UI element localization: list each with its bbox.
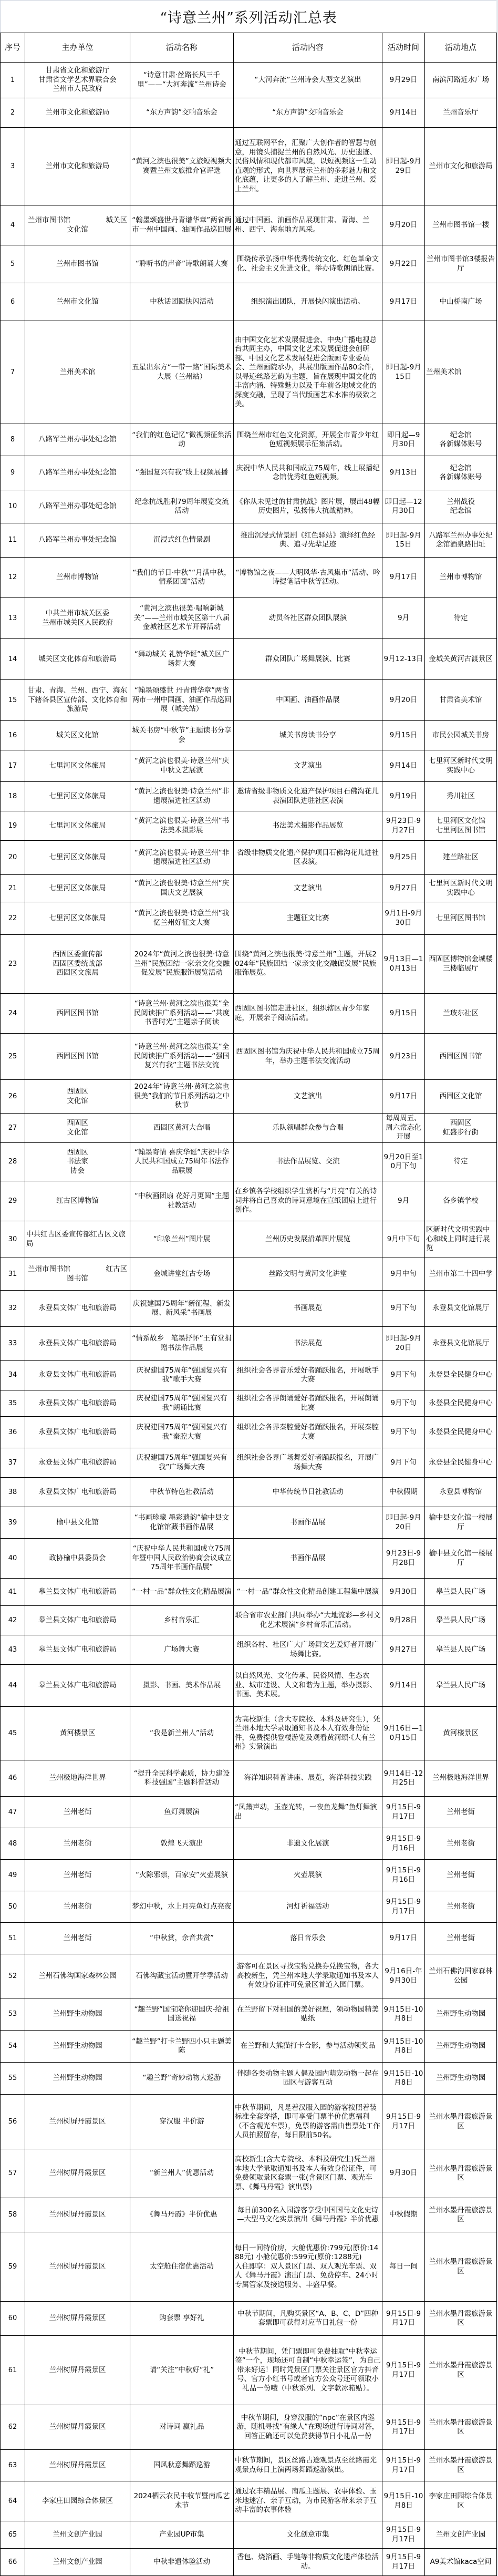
cell-activity-time: 9月中下旬	[382, 1221, 425, 1258]
cell-activity-place: 兰州水墨丹霞旅游景区	[425, 2149, 497, 2198]
cell-activity-content: 兰州历史发展沿革图片展览	[234, 1221, 382, 1258]
cell-activity-name: 中秋节特色社教活动	[130, 1478, 234, 1507]
table-row: 66兰州文创产业园中秋非遗体验活动香包、烧箔画、手链等非物质文化遗产体验活动。9…	[1, 2549, 497, 2576]
table-row: 41皋兰县文体广电和旅游局“一村一品”群众性文化精品展演“一村一品”群众性文化精…	[1, 1579, 497, 1606]
table-row: 50兰州老街梦幻中秋，水上月亮鱼灯点亮夜河灯祈福活动9月15日-9月17日兰州老…	[1, 1891, 497, 1923]
cell-organizer: 兰州老街	[25, 1923, 130, 1954]
cell-activity-place: 兰州野生动物园	[425, 1998, 497, 2031]
cell-activity-place: 兰州水墨丹霞旅游景区	[425, 2405, 497, 2450]
cell-organizer: 皋兰县文体广电和旅游局	[25, 1635, 130, 1665]
cell-activity-place: 皋兰县人民广场	[425, 1665, 497, 1707]
cell-activity-content: 每日前300名入园游客享受中国国马文化史诗—大型马文化实景演出《舞马丹霞》半价优…	[234, 2198, 382, 2232]
table-row: 28西固区书法家协会“翰墨寄情 喜庆华诞”庆祝中华人民共和国成立75周年书法作品…	[1, 1143, 497, 1181]
cell-index: 8	[1, 424, 25, 456]
table-row: 7兰州美术馆五星出东方“一带一路”国际美术大展（兰州站）由中国文化艺术发展促进会…	[1, 321, 497, 424]
table-row: 45黄河楼景区“我是新兰州人”活动为高校新生（含大专院校、本科及研究生），凭兰州…	[1, 1707, 497, 1760]
cell-activity-place: 永登县全民健身中心	[425, 1448, 497, 1478]
cell-organizer: 八路军兰州办事处纪念馆	[25, 523, 130, 558]
cell-activity-name: “黄河之滨也很美·诗意兰州”庆中秋文艺展演	[130, 750, 234, 782]
table-row: 49兰州老街“火除邪祟，百家安”火壶展演火壶展演9月15日-9月16日兰州老街	[1, 1860, 497, 1891]
cell-index: 7	[1, 321, 25, 424]
cell-activity-content: 海洋知识科普讲座、展览，海洋科技实践	[234, 1760, 382, 1797]
cell-activity-content: 中秋节期间，凡购买景区“A、B、C、D”四种套票即可获得对应节日礼包一份	[234, 2302, 382, 2336]
table-row: 58兰州树屏丹霞景区《舞马丹霞》半价优惠每日前300名入园游客享受中国国马文化史…	[1, 2198, 497, 2232]
cell-organizer: 七里河区文体旅局	[25, 841, 130, 875]
cell-activity-name: “中秋画团扇 花好月更圆”主题社教活动	[130, 1181, 234, 1221]
table-row: 53兰州野生动物园“趣兰野”国宝陪你迎国庆-给祖国送祝福在兰野留下对祖国的美好祝…	[1, 1998, 497, 2031]
cell-activity-content: 书法作品展览、交流	[234, 1143, 382, 1181]
cell-activity-place: 待定	[425, 1143, 497, 1181]
cell-index: 62	[1, 2405, 25, 2450]
cell-activity-place: 待定	[425, 598, 497, 639]
table-row: 43皋兰县文体广电和旅游局广场舞大赛组织各村、社区广大广场舞文艺爱好者开展广场舞…	[1, 1635, 497, 1665]
table-row: 59兰州树屏丹霞景区太空舱住宿优惠活动每日一间特价房，大舱优惠价:799元(原价…	[1, 2232, 497, 2302]
table-row: 60兰州树屏丹霞景区购套票 享好礼中秋节期间，凡购买景区“A、B、C、D”四种套…	[1, 2302, 497, 2336]
cell-organizer: 兰州市文化和旅游局	[25, 128, 130, 205]
cell-activity-name: 纪念抗战胜利79周年展览交流活动	[130, 490, 234, 523]
cell-activity-place: 七里河区文化馆七里河区图书馆	[425, 811, 497, 841]
table-row: 22七里河区文体旅局“黄河之滨也很美·诗意兰州”我忆兰州好征文大赛主题征文比赛9…	[1, 902, 497, 935]
cell-activity-name: 《舞马丹霞》半价优惠	[130, 2198, 234, 2232]
cell-organizer: 兰州野生动物园	[25, 1998, 130, 2031]
table-row: 14城关区文化体育和旅游局“舞动城关 礼赞华诞”城关区广场舞大赛群众团队广场舞展…	[1, 639, 497, 680]
table-row: 18七里河区文体旅局“黄河之滨也很美·诗意兰州”非遗展演进社区活动邀请省级非物质…	[1, 782, 497, 811]
cell-activity-place: 兰州野生动物园	[425, 2031, 497, 2063]
cell-activity-name: “黄河之滨也很美·诗意兰州”非遗展演进社区活动	[130, 841, 234, 875]
cell-activity-name: 石佛沟藏宝活动暨开学季活动	[130, 1954, 234, 1998]
header-index: 序号	[1, 33, 25, 63]
cell-activity-name: “我们的红色记忆”微视频征集活动	[130, 424, 234, 456]
cell-activity-name: “趣兰野”国宝陪你迎国庆-给祖国送祝福	[130, 1998, 234, 2031]
table-row: 4兰州市图书馆 城关区文化馆“翰墨颂盛世丹青谱华章”两省两市一州中国画、油画作品…	[1, 205, 497, 245]
cell-activity-content: 河灯祈福活动	[234, 1891, 382, 1923]
cell-activity-content: 组织演出团队，开展快闪演出活动。	[234, 283, 382, 321]
cell-activity-place: 兰州市博物馆	[425, 558, 497, 598]
header-activity-name: 活动名称	[130, 33, 234, 63]
cell-activity-name: 产业园UP市集	[130, 2521, 234, 2549]
cell-activity-content: 中秋节期间，身穿汉服的“npc”在景区内巡游，随机寻找“有缘人”在现场进行诗词对…	[234, 2405, 382, 2450]
cell-activity-content: 动员各社区群众团队展演	[234, 598, 382, 639]
cell-index: 61	[1, 2336, 25, 2405]
cell-index: 39	[1, 1507, 25, 1539]
cell-index: 22	[1, 902, 25, 935]
table-row: 46兰州极地海洋世界“提升全民科学素质，协力建设科技强国”主题科普活动海洋知识科…	[1, 1760, 497, 1797]
cell-activity-place: 金城关黄河古渡景区	[425, 639, 497, 680]
cell-activity-content: “博物馆之夜——大明风华·古风集市”活动、吟诗提笔话中秋等活动。	[234, 558, 382, 598]
table-row: 65兰州文创产业园产业园UP市集文化创意市集9月15日-9月17日兰州文创产业园	[1, 2521, 497, 2549]
cell-activity-place: 永登县博物馆	[425, 1478, 497, 1507]
table-row: 1甘肃省文化和旅游厅甘肃省文学艺术界联合会兰州市人民政府“诗意甘肃·丝路长风三千…	[1, 63, 497, 98]
cell-activity-place: 兰州老街	[425, 1923, 497, 1954]
cell-activity-content: 西固区图书馆走进社区，组织辖区青少年家庭，开展亲子阅读活动。	[234, 994, 382, 1034]
table-row: 19七里河区文体旅局“黄河之滨也很美·诗意兰州”书法美术摄影展书法美术摄影作品展…	[1, 811, 497, 841]
cell-activity-time: 9月14日	[382, 98, 425, 128]
cell-activity-place: 榆中县文化馆一楼展厅	[425, 1507, 497, 1539]
cell-activity-place: 兰州市文化和旅游局	[425, 128, 497, 205]
cell-index: 38	[1, 1478, 25, 1507]
cell-activity-name: 庆祝建国75周年“新征程、新发展、新风采”书画展	[130, 1291, 234, 1327]
cell-organizer: 永登县文体广电和旅游局	[25, 1390, 130, 1417]
cell-organizer: 兰州树屏丹霞景区	[25, 2405, 130, 2450]
cell-activity-name: 敦煌飞天演出	[130, 1828, 234, 1860]
cell-activity-content: 香包、烧箔画、手链等非物质文化遗产体验活动。	[234, 2549, 382, 2576]
cell-index: 14	[1, 639, 25, 680]
cell-activity-place: 兰州极地海洋世界	[425, 1760, 497, 1797]
cell-activity-place: 各乡镇学校	[425, 1181, 497, 1221]
cell-activity-content: 组织各村、社区广大广场舞文艺爱好者开展广场舞比赛。	[234, 1635, 382, 1665]
cell-activity-name: 鱼灯舞展演	[130, 1797, 234, 1828]
cell-index: 33	[1, 1327, 25, 1361]
cell-organizer: 兰州老街	[25, 1860, 130, 1891]
cell-activity-name: “黄河之滨也很美·唱响新城关”——兰州市城关区第十八届金城社区艺术节开幕活动	[130, 598, 234, 639]
table-row: 34永登县文体广电和旅游局庆祝建国75周年“强国复兴有我”歌手大赛组织社会各界音…	[1, 1361, 497, 1390]
cell-activity-name: “黄河之滨也很美·诗意兰州”非遗展演进社区活动	[130, 782, 234, 811]
cell-index: 21	[1, 875, 25, 902]
cell-activity-content: 以自然风光、文化传承、民俗风情、生态农业、城市建设、人文和谐为主题，举办摄影、书…	[234, 1665, 382, 1707]
table-row: 52兰州石佛沟国家森林公园石佛沟藏宝活动暨开学季活动游客可在景区寻找宝物兑换券兑…	[1, 1954, 497, 1998]
cell-activity-name: “翰墨颂盛世丹青谱华章”两省两市一州中国画、油画作品巡回展	[130, 205, 234, 245]
cell-activity-name: “书画珍藏 墨彩遗韵”榆中县文化馆馆藏书画作品展	[130, 1507, 234, 1539]
cell-activity-content: 庆祝中华人民共和国成立75周年，线上展播纪念馆优秀红色短视频。	[234, 456, 382, 490]
cell-organizer: 永登县文体广电和旅游局	[25, 1291, 130, 1327]
cell-activity-name: 西固区黄河大合唱	[130, 1114, 234, 1143]
table-row: 33永登县文体广电和旅游局“情系故乡 笔墨抒怀”王有堂捐赠书法作品展书法展览即日…	[1, 1327, 497, 1361]
cell-index: 59	[1, 2232, 25, 2302]
cell-activity-place: 永登县文化馆展厅	[425, 1327, 497, 1361]
table-row: 3兰州市文化和旅游局“黄河之滨也很美”文旅短视频大赛暨兰州文旅推介官评选通过互联…	[1, 128, 497, 205]
cell-organizer: 皋兰县文体广电和旅游局	[25, 1606, 130, 1635]
table-row: 15甘肃、青海、兰州、西宁、海东下辖各县区宣传部、文化体育和旅游局“翰墨颂盛世 …	[1, 680, 497, 721]
cell-organizer: 李家庄田园综合体景区	[25, 2481, 130, 2521]
table-row: 9八路军兰州办事处纪念馆“强国复兴有我”线上视频展播庆祝中华人民共和国成立75周…	[1, 456, 497, 490]
cell-activity-time: 9月16日-年9月30日	[382, 1954, 425, 1998]
cell-activity-content: 在兰野留下对祖国的美好祝愿，领动物园精美贴纸	[234, 1998, 382, 2031]
table-row: 6兰州市文化馆中秋话团圆快闪活动组织演出团队，开展快闪演出活动。9月17日中山桥…	[1, 283, 497, 321]
cell-index: 11	[1, 523, 25, 558]
cell-activity-time: 9月20日至10月下旬	[382, 1143, 425, 1181]
cell-organizer: 西固区委宣传部西固区委统战部西固区文旅局	[25, 935, 130, 994]
cell-activity-time: 9月14日-12月25日	[382, 1760, 425, 1797]
cell-organizer: 八路军兰州办事处纪念馆	[25, 424, 130, 456]
cell-activity-content: 城关书房读书分享	[234, 721, 382, 750]
cell-organizer: 兰州极地海洋世界	[25, 1760, 130, 1797]
cell-activity-name: “新兰州人”优惠活动	[130, 2149, 234, 2198]
cell-activity-time: 即日起-9月29日	[382, 128, 425, 205]
cell-index: 44	[1, 1665, 25, 1707]
cell-index: 50	[1, 1891, 25, 1923]
header-activity-place: 活动地点	[425, 33, 497, 63]
cell-activity-name: 城关书房“中秋节”主题读书分享会	[130, 721, 234, 750]
cell-organizer: 兰州树屏丹霞景区	[25, 2336, 130, 2405]
cell-activity-content: 书画作品展	[234, 1539, 382, 1579]
cell-index: 47	[1, 1797, 25, 1828]
cell-activity-place: 七里河区新时代文明实践中心	[425, 750, 497, 782]
cell-activity-name: “诗意兰州·黄河之滨也很美”全民阅读推广系列活动——“强国复兴有我”主题书法交流	[130, 1034, 234, 1080]
table-row: 25西固区图书馆“诗意兰州·黄河之滨也很美”全民阅读推广系列活动——“强国复兴有…	[1, 1034, 497, 1080]
cell-activity-content: 中秋节期间，景区丝路古途观景点至丝路霞光观景点每日上演两场舞蹈巡游演出。	[234, 2450, 382, 2481]
table-row: 27西固区文化馆西固区黄河大合唱乐队领唱群众参与合唱每周周五、周六常态化开展西固…	[1, 1114, 497, 1143]
cell-organizer: 永登县文体广电和旅游局	[25, 1361, 130, 1390]
cell-activity-content: 围绕兰州市红色文化资源，开展全市青少年红色短视频展示征集活动。	[234, 424, 382, 456]
cell-activity-place: 兰州水墨丹霞旅游景区	[425, 2198, 497, 2232]
table-row: 31兰州市图书馆 红古区图书馆金城讲堂红古专场丝路文明与黄河文化讲堂9月中旬兰州…	[1, 1258, 497, 1291]
page: “诗意兰州”系列活动汇总表 序号 主办单位 活动名称 活动内容 活动时间 活动地…	[0, 0, 498, 2576]
cell-index: 57	[1, 2149, 25, 2198]
cell-organizer: 永登县文体广电和旅游局	[25, 1448, 130, 1478]
cell-organizer: 兰州文创产业园	[25, 2549, 130, 2576]
cell-activity-time: 9月15日-10月8日	[382, 2481, 425, 2521]
cell-activity-content: 邀请省级非物质文化遗产保护项目石佛沟花儿表演团队进驻社区表演	[234, 782, 382, 811]
cell-index: 32	[1, 1291, 25, 1327]
cell-activity-name: 国风秋意舞蹈巡游	[130, 2450, 234, 2481]
cell-activity-time: 9月17日	[382, 558, 425, 598]
cell-activity-name: “诗意甘肃·丝路长风三千里”——“大河奔流”兰州诗会	[130, 63, 234, 98]
cell-organizer: 七里河区文体旅局	[25, 902, 130, 935]
cell-activity-content: “一村一品”群众性文化精品创建工程集中展演	[234, 1579, 382, 1606]
cell-organizer: 兰州树屏丹霞景区	[25, 2095, 130, 2149]
table-row: 40政协榆中县委员会“庆祝中华人民共和国成立75周年暨中国人民政治协商会议成立7…	[1, 1539, 497, 1579]
cell-index: 45	[1, 1707, 25, 1760]
cell-activity-place: A9美术馆kaca空间	[425, 2549, 497, 2576]
cell-activity-content: “凤箫声动，玉壶光转，一夜鱼龙舞”鱼灯舞演出	[234, 1797, 382, 1828]
cell-activity-time: 中秋假期	[382, 1478, 425, 1507]
cell-organizer: 八路军兰州办事处纪念馆	[25, 490, 130, 523]
cell-activity-time: 9月下旬	[382, 1361, 425, 1390]
cell-index: 4	[1, 205, 25, 245]
cell-activity-time: 9月15日-9月16日	[382, 1860, 425, 1891]
cell-organizer: 兰州市文化馆	[25, 283, 130, 321]
cell-organizer: 永登县文体广电和旅游局	[25, 1478, 130, 1507]
cell-activity-place: 兰州音乐厅	[425, 98, 497, 128]
table-row: 13中共兰州市城关区委兰州市城关区人民政府“黄河之滨也很美·唱响新城关”——兰州…	[1, 598, 497, 639]
cell-index: 54	[1, 2031, 25, 2063]
cell-organizer: 兰州市文化和旅游局	[25, 98, 130, 128]
cell-activity-place: 西固区博物馆金城楼三楼临展厅	[425, 935, 497, 994]
table-row: 26西固区文化馆2024年“诗意兰州·黄河之滨也很美”我们的节日系列活动之中秋节…	[1, 1080, 497, 1114]
cell-activity-name: 对诗词 赢礼品	[130, 2405, 234, 2450]
cell-activity-name: 太空舱住宿优惠活动	[130, 2232, 234, 2302]
cell-activity-content: 书画展览	[234, 1291, 382, 1327]
cell-index: 65	[1, 2521, 25, 2549]
cell-activity-name: 广场舞大赛	[130, 1635, 234, 1665]
cell-activity-time: 每周周五、周六常态化开展	[382, 1114, 425, 1143]
cell-activity-time: 9月下旬	[382, 1390, 425, 1417]
cell-activity-time: 9月23日-9月27日	[382, 811, 425, 841]
cell-activity-content: 火壶展演	[234, 1860, 382, 1891]
cell-activity-place: 兰州战役纪念馆	[425, 490, 497, 523]
cell-activity-time: 9月23日	[382, 1034, 425, 1080]
table-row: 51兰州老街“中秋赏，余音共赏”落日音乐会9月17日兰州老街	[1, 1923, 497, 1954]
cell-activity-content: 文艺演出	[234, 750, 382, 782]
table-row: 63兰州树屏丹霞景区国风秋意舞蹈巡游中秋节期间，景区丝路古途观景点至丝路霞光观景…	[1, 2450, 497, 2481]
cell-activity-content: 主题征文比赛	[234, 902, 382, 935]
cell-activity-place: 李家庄田园综合体景区	[425, 2481, 497, 2521]
cell-activity-name: 五星出东方“一带一路”国际美术大展（兰州站）	[130, 321, 234, 424]
cell-activity-place: 兰州野生动物园	[425, 2063, 497, 2095]
cell-index: 55	[1, 2063, 25, 2095]
cell-activity-time: 9月23日-9月28日	[382, 1539, 425, 1579]
cell-index: 2	[1, 98, 25, 128]
cell-activity-time: 9月15日-9月17日	[382, 2521, 425, 2549]
table-row: 64李家庄田园综合体景区2024栖云农民丰收节暨南瓜艺术节通过农丰精品展、南瓜主…	[1, 2481, 497, 2521]
cell-activity-time: 即日起-9月15日	[382, 321, 425, 424]
cell-index: 34	[1, 1361, 25, 1390]
cell-activity-time: 9月30日	[382, 1579, 425, 1606]
cell-organizer: 中共兰州市城关区委兰州市城关区人民政府	[25, 598, 130, 639]
table-row: 30中共红古区委宣传部红古区文旅局“印象兰州”图片展兰州历史发展沿革图片展览9月…	[1, 1221, 497, 1258]
cell-activity-time: 9月15日-10月8日	[382, 2031, 425, 2063]
cell-activity-time: 9月15日	[382, 721, 425, 750]
cell-activity-content: 乐队领唱群众参与合唱	[234, 1114, 382, 1143]
cell-activity-place: 兰州文创产业园	[425, 2521, 497, 2549]
cell-activity-time: 9月17日	[382, 283, 425, 321]
cell-activity-place: 兰州水墨丹霞旅游景区	[425, 2095, 497, 2149]
cell-activity-time: 9月1日-9月30日	[382, 902, 425, 935]
cell-organizer: 西固区书法家协会	[25, 1143, 130, 1181]
cell-organizer: 七里河区文体旅局	[25, 811, 130, 841]
cell-activity-place: 八路军兰州办事处纪念馆酒泉路旧址	[425, 523, 497, 558]
cell-activity-content: 落日音乐会	[234, 1923, 382, 1954]
cell-activity-place: 兰州市第二十四中学	[425, 1258, 497, 1291]
cell-organizer: 永登县文体广电和旅游局	[25, 1327, 130, 1361]
table-row: 20七里河区文体旅局“黄河之滨也很美·诗意兰州”非遗展演进社区活动省级非物质文化…	[1, 841, 497, 875]
cell-activity-name: “火除邪祟，百家安”火壶展演	[130, 1860, 234, 1891]
cell-activity-content: 书法美术摄影作品展览	[234, 811, 382, 841]
cell-organizer: 兰州树屏丹霞景区	[25, 2450, 130, 2481]
cell-activity-time: 9月15日-9月17日	[382, 2549, 425, 2576]
cell-index: 17	[1, 750, 25, 782]
cell-activity-content: 中秋节期间，凭门票即可免费抽取“中秋幸运签”一个，现场还可自制“中秋幸运签”，为…	[234, 2336, 382, 2405]
cell-index: 15	[1, 680, 25, 721]
cell-activity-place: 秀川社区	[425, 782, 497, 811]
cell-organizer: 皋兰县文体广电和旅游局	[25, 1665, 130, 1707]
table-row: 10八路军兰州办事处纪念馆纪念抗战胜利79周年展览交流活动《你从未见过的甘肃抗战…	[1, 490, 497, 523]
cell-activity-name: 请“关注”中秋好“礼”	[130, 2336, 234, 2405]
cell-activity-name: 庆祝建国75周年“强国复兴有我”歌手大赛	[130, 1361, 234, 1390]
cell-activity-content: 中华传统节日社教活动	[234, 1478, 382, 1507]
cell-index: 27	[1, 1114, 25, 1143]
table-row: 55兰州野生动物园“趣兰野”奇妙动物大巡游伴随各类动物主题人偶及园内萌宠动物一起…	[1, 2063, 497, 2095]
cell-organizer: 七里河区文体旅局	[25, 782, 130, 811]
cell-activity-time: 9月15日-10月8日	[382, 2063, 425, 2095]
cell-activity-time: 每日一间	[382, 2232, 425, 2302]
cell-organizer: 兰州树屏丹霞景区	[25, 2198, 130, 2232]
cell-activity-place: 兰玻东社区	[425, 994, 497, 1034]
cell-activity-content: 组织社会各界秦腔爱好者踊跃报名，开展秦腔大赛	[234, 1417, 382, 1448]
cell-organizer: 皋兰县文体广电和旅游局	[25, 1579, 130, 1606]
cell-index: 53	[1, 1998, 25, 2031]
cell-activity-time: 9月15日-9月17日	[382, 2450, 425, 2481]
cell-activity-place: 纪念馆各新媒体账号	[425, 456, 497, 490]
cell-organizer: 七里河区文体旅局	[25, 875, 130, 902]
cell-activity-name: “提升全民科学素质，协力建设科技强国”主题科普活动	[130, 1760, 234, 1797]
cell-activity-place: 兰州水墨丹霞旅游景区	[425, 2232, 497, 2302]
cell-activity-time: 9月13日—10月13日	[382, 935, 425, 994]
cell-activity-time: 9月20日	[382, 680, 425, 721]
cell-activity-place: 兰州美术馆	[425, 321, 497, 424]
cell-activity-place: 永登县全民健身中心	[425, 1361, 497, 1390]
cell-index: 41	[1, 1579, 25, 1606]
cell-activity-content: 组织社会各界朗诵爱好者踊跃报名，开展朗诵比赛	[234, 1390, 382, 1417]
cell-activity-time: 9月15日-10月8日	[382, 1998, 425, 2031]
cell-index: 12	[1, 558, 25, 598]
cell-activity-place: 市民公园城关书房	[425, 721, 497, 750]
cell-organizer: 甘肃省文化和旅游厅甘肃省文学艺术界联合会兰州市人民政府	[25, 63, 130, 98]
cell-activity-time: 9月下旬	[382, 1448, 425, 1478]
cell-activity-name: “趣兰野”奇妙动物大巡游	[130, 2063, 234, 2095]
cell-activity-content: 组织社会各界音乐爱好者踊跃报名，开展歌手大赛	[234, 1361, 382, 1390]
cell-index: 64	[1, 2481, 25, 2521]
cell-organizer: 兰州野生动物园	[25, 2031, 130, 2063]
table-row: 23西固区委宣传部西固区委统战部西固区文旅局2024年“黄河之滨也很美·诗意兰州…	[1, 935, 497, 994]
cell-activity-name: “翰墨颂盛世 丹青谱华章”两省两市一州中国画、油画作品巡回展（城关站）	[130, 680, 234, 721]
cell-index: 5	[1, 245, 25, 283]
activity-table: 序号 主办单位 活动名称 活动内容 活动时间 活动地点 1甘肃省文化和旅游厅甘肃…	[0, 33, 497, 2576]
cell-activity-content: 高校新生(含大专院校、本科及研究生)凭兰州本地大学录取通知书及本人有效身份证件，…	[234, 2149, 382, 2198]
table-row: 47兰州老街鱼灯舞展演“凤箫声动，玉壶光转，一夜鱼龙舞”鱼灯舞演出9月15日-9…	[1, 1797, 497, 1828]
table-row: 12兰州市博物馆“我们的节日·中秋”“月满中秋，情系团圆”活动“博物馆之夜——大…	[1, 558, 497, 598]
cell-index: 37	[1, 1448, 25, 1478]
cell-activity-name: “黄河之滨也很美·诗意兰州”庆国庆文艺展演	[130, 875, 234, 902]
cell-activity-name: “黄河之滨也很美·诗意兰州”书法美术摄影展	[130, 811, 234, 841]
cell-activity-place: 黄河楼景区	[425, 1707, 497, 1760]
cell-activity-place: 纪念馆各新媒体账号	[425, 424, 497, 456]
cell-activity-name: “舞动城关 礼赞华诞”城关区广场舞大赛	[130, 639, 234, 680]
table-row: 42皋兰县文体广电和旅游局乡村音乐汇联合省市农业部门共同举办“大地流彩—乡村文化…	[1, 1606, 497, 1635]
cell-activity-content: 为高校新生（含大专院校、本科及研究生），凭兰州本地大学录取通知书及本人有效身份证…	[234, 1707, 382, 1760]
cell-activity-content: “东方声韵”交响音乐会	[234, 98, 382, 128]
table-row: 29红古区博物馆“中秋画团扇 花好月更圆”主题社教活动在乡镇各学校组织学生赏析与…	[1, 1181, 497, 1221]
cell-activity-name: “黄河之滨也很美”文旅短视频大赛暨兰州文旅推介官评选	[130, 128, 234, 205]
cell-activity-time: 9月17日	[382, 1080, 425, 1114]
cell-activity-time: 即日起—12月30日	[382, 490, 425, 523]
header-activity-content: 活动内容	[234, 33, 382, 63]
cell-activity-time: 9月13日	[382, 456, 425, 490]
cell-index: 25	[1, 1034, 25, 1080]
cell-activity-content: 中国画、油画作品展	[234, 680, 382, 721]
table-row: 39榆中县文化馆“书画珍藏 墨彩遗韵”榆中县文化馆馆藏书画作品展书画作品展即日起…	[1, 1507, 497, 1539]
cell-activity-name: 2024年“诗意兰州·黄河之滨也很美”我们的节日系列活动之中秋节	[130, 1080, 234, 1114]
cell-activity-time: 9月15日-9月17日	[382, 2302, 425, 2336]
cell-activity-content: 由中国文化艺术发展促进会、中央广播电视总台共同主办，中国文化艺术发展促进会创研部…	[234, 321, 382, 424]
cell-organizer: 兰州美术馆	[25, 321, 130, 424]
cell-activity-place: 七里河区新时代文明实践中心	[425, 875, 497, 902]
cell-activity-time: 9月15日-9月17日	[382, 1891, 425, 1923]
table-row: 62兰州树屏丹霞景区对诗词 赢礼品中秋节期间，身穿汉服的“npc”在景区内巡游，…	[1, 2405, 497, 2450]
cell-activity-place: 南滨河路近水广场	[425, 63, 497, 98]
cell-activity-place: 兰州老街	[425, 1797, 497, 1828]
cell-organizer: 兰州树屏丹霞景区	[25, 2149, 130, 2198]
cell-activity-place: 永登县文化馆展厅	[425, 1291, 497, 1327]
table-body: 1甘肃省文化和旅游厅甘肃省文学艺术界联合会兰州市人民政府“诗意甘肃·丝路长风三千…	[1, 63, 497, 2576]
cell-activity-name: 庆祝建国75周年“强国复兴有我”秦腔大赛	[130, 1417, 234, 1448]
cell-index: 52	[1, 1954, 25, 1998]
title-band: “诗意兰州”系列活动汇总表	[0, 0, 496, 33]
cell-activity-content: 书法展览	[234, 1327, 382, 1361]
table-row: 37永登县文体广电和旅游局庆祝建国75周年“强国复兴有我”广场舞大赛组织社会各界…	[1, 1448, 497, 1478]
cell-activity-content: 伴随各类动物主题人偶及园内萌宠动物一起在园区与游客互动	[234, 2063, 382, 2095]
table-row: 56兰州树屏丹霞景区穿汉服 半价游中秋节期间，凡是着汉服入园的游客按照着装标准全…	[1, 2095, 497, 2149]
table-header-row: 序号 主办单位 活动名称 活动内容 活动时间 活动地点	[1, 33, 497, 63]
cell-activity-place: 中山桥南广场	[425, 283, 497, 321]
cell-activity-name: “强国复兴有我”线上视频展播	[130, 456, 234, 490]
cell-activity-name: 乡村音乐汇	[130, 1606, 234, 1635]
cell-activity-time: 9月19日	[382, 782, 425, 811]
cell-activity-content: 群众团队广场舞展演、比赛	[234, 639, 382, 680]
cell-activity-content: 围绕传承弘扬中华优秀传统文化、红色革命文化、社会主义先进文化，举办诗歌朗诵比赛。	[234, 245, 382, 283]
cell-activity-content: “大河奔流”兰州诗会大型文艺演出	[234, 63, 382, 98]
cell-organizer: 永登县文体广电和旅游局	[25, 1417, 130, 1448]
